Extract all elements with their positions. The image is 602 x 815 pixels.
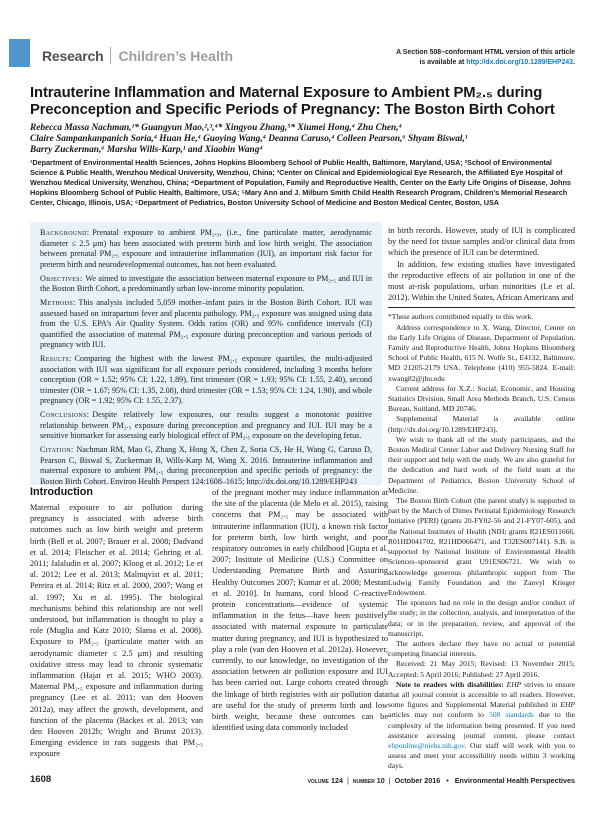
body-paragraph: In addition, few existing studies have i… — [388, 259, 575, 304]
abstract-label: Methods: — [40, 298, 76, 307]
text-segment: Address correspondence to X. Wang, Direc… — [388, 323, 575, 383]
introduction-heading: Introduction — [30, 486, 203, 498]
footer-number-value: 10 — [377, 776, 385, 785]
abstract-label: Results: — [40, 354, 72, 363]
abstract-text: Comparing the highest with the lowest PM… — [40, 354, 372, 405]
footer-bullet: • — [446, 776, 449, 785]
access-note: A Section 508–conformant HTML version of… — [352, 48, 575, 67]
link[interactable]: 508 standards — [489, 710, 534, 719]
article-title: Intrauterine Inflammation and Maternal E… — [30, 85, 578, 119]
abstract-text: We aimed to investigate the association … — [40, 274, 372, 294]
footnote-paragraph: We wish to thank all of the study partic… — [388, 435, 575, 496]
body-column-3: in birth records. However, study of IUI … — [388, 225, 575, 776]
footer-number-label: Number — [353, 776, 375, 785]
access-note-line2-suffix: . — [573, 59, 575, 66]
text-segment: We wish to thank all of the study partic… — [388, 435, 575, 495]
footnote-paragraph: Current address for X.Z.: Social, Econom… — [388, 384, 575, 415]
text-segment: EHP — [560, 700, 575, 709]
access-note-line1: A Section 508–conformant HTML version of… — [396, 49, 575, 56]
brand-research-label: Research — [42, 48, 103, 64]
text-segment: Note to readers with disabilities: — [396, 680, 504, 689]
footer-volume-label: Volume — [308, 776, 329, 785]
text-segment: The Boston Birth Cohort (the parent stud… — [388, 496, 575, 597]
text-segment: Current address for X.Z.: Social, Econom… — [388, 384, 575, 413]
text-segment: EHP — [507, 680, 522, 689]
journal-brand: Research Children’s Health — [42, 47, 233, 64]
affiliations: ¹Department of Environmental Health Scie… — [30, 158, 578, 208]
abstract-methods: Methods:This analysis included 5,059 mot… — [40, 298, 372, 351]
journal-page: Research Children’s Health A Section 508… — [0, 0, 602, 815]
footnote-paragraph: Supplemental Material is available onlin… — [388, 414, 575, 434]
footnote-paragraph: Received: 21 May 2015; Revised: 13 Novem… — [388, 659, 575, 679]
abstract-conclusions: Conclusions:Despite relatively low expos… — [40, 410, 372, 442]
introduction-paragraph: Maternal exposure to air pollution durin… — [30, 502, 203, 760]
footer-bar: | — [347, 776, 349, 785]
footnote-paragraph: *These authors contributed equally to th… — [388, 312, 575, 322]
author-line: Barry Zuckerman,⁶ Marsha Wills-Karp,¹ an… — [30, 145, 578, 156]
abstract-box: Background:Prenatal exposure to ambient … — [30, 222, 382, 485]
footnote-paragraph: The Boston Birth Cohort (the parent stud… — [388, 496, 575, 598]
author-list: Rebecca Massa Nachman,¹* Guangyun Mao,²,… — [30, 123, 578, 155]
abstract-text: Nachman RM, Mao G, Zhang X, Hong X, Chen… — [40, 445, 372, 485]
footer-journal-name: Environmental Health Perspectives — [455, 776, 575, 785]
footer-journal-line: Volume 124 | Number 10 | October 2016 • … — [260, 776, 575, 785]
abstract-background: Background:Prenatal exposure to ambient … — [40, 228, 372, 270]
brand-divider — [110, 47, 111, 64]
abstract-text: Despite relatively low exposures, our re… — [40, 410, 372, 440]
author-line: Claire Sampankanpanich Soria,⁴ Huan He,⁴… — [30, 134, 578, 145]
body-column-1: Introduction Maternal exposure to air po… — [30, 486, 203, 776]
abstract-label: Background: — [40, 228, 89, 237]
text-segment: Received: 21 May 2015; Revised: 13 Novem… — [388, 659, 575, 678]
abstract-label: Citation: — [40, 445, 74, 454]
body-paragraph: in birth records. However, study of IUI … — [388, 225, 575, 259]
footnote-paragraph: Note to readers with disabilities: EHP s… — [388, 680, 575, 772]
abstract-label: Objectives: — [40, 274, 82, 283]
body-column-2: of the pregnant mother may induce inflam… — [212, 487, 388, 776]
brand-blue-square — [9, 39, 30, 67]
text-segment: The authors declare they have no actual … — [388, 639, 575, 658]
footer-volume-value: 124 — [331, 776, 343, 785]
footer-date: October 2016 — [395, 776, 441, 785]
text-segment: Supplemental Material is available onlin… — [388, 414, 575, 433]
footnote-paragraph: Address correspondence to X. Wang, Direc… — [388, 323, 575, 384]
brand-section-label: Children’s Health — [118, 48, 233, 64]
page-number: 1608 — [30, 774, 51, 785]
footnote-paragraph: The sponsors had no role in the design a… — [388, 598, 575, 639]
text-segment: The sponsors had no role in the design a… — [388, 598, 575, 638]
text-segment: *These authors contributed equally to th… — [388, 312, 533, 321]
abstract-text: This analysis included 5,059 mother–infa… — [40, 298, 372, 349]
footer-bar: | — [389, 776, 391, 785]
doi-link[interactable]: http://dx.doi.org/10.1289/EHP243 — [466, 59, 573, 66]
abstract-label: Conclusions: — [40, 410, 89, 419]
footnote-paragraph: The authors declare they have no actual … — [388, 639, 575, 659]
abstract-results: Results:Comparing the highest with the l… — [40, 354, 372, 407]
author-line: Rebecca Massa Nachman,¹* Guangyun Mao,²,… — [30, 123, 578, 134]
introduction-paragraph: of the pregnant mother may induce inflam… — [212, 487, 388, 733]
abstract-citation: Citation:Nachman RM, Mao G, Zhang X, Hon… — [40, 445, 372, 485]
abstract-objectives: Objectives:We aimed to investigate the a… — [40, 274, 372, 295]
footnote-block: *These authors contributed equally to th… — [388, 312, 575, 771]
text-segment: articles may not conform to — [388, 710, 489, 719]
access-note-line2-prefix: is available at — [420, 59, 467, 66]
link[interactable]: ehponline@niehs.nih.gov — [388, 741, 464, 750]
footnote-divider — [388, 307, 575, 308]
abstract-text: Prenatal exposure to ambient PM₂.₅, (i.e… — [40, 228, 372, 269]
